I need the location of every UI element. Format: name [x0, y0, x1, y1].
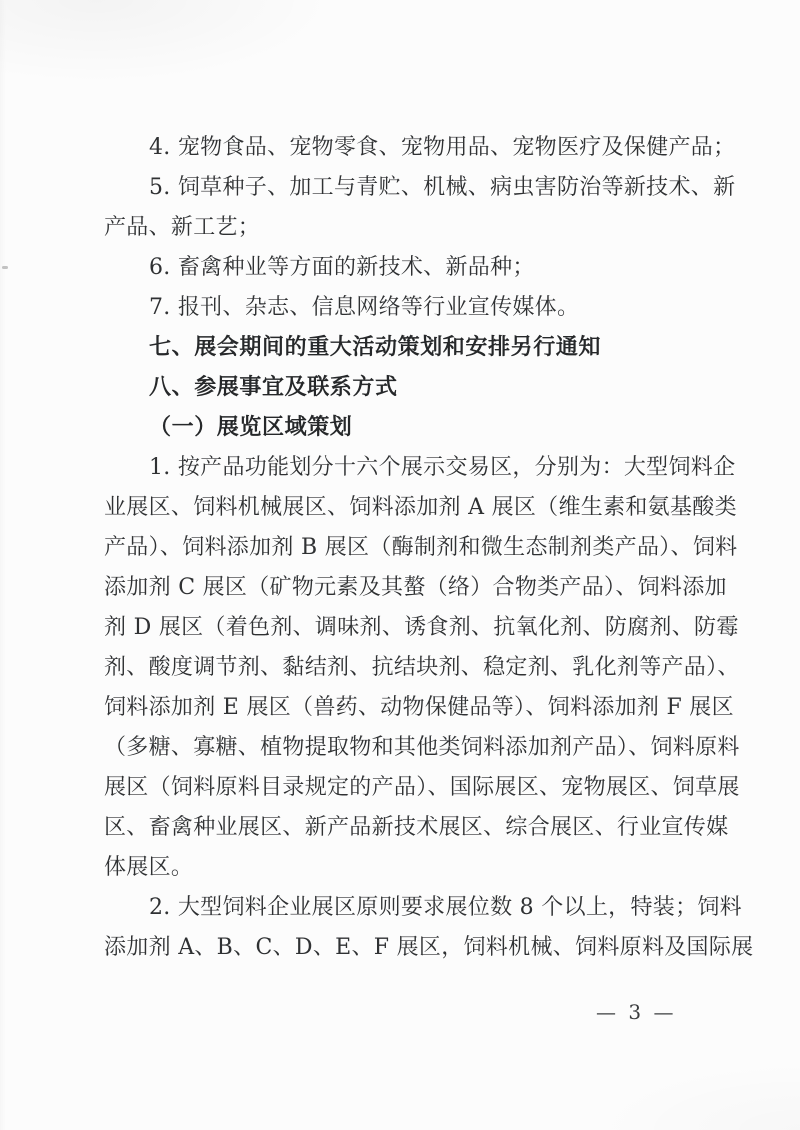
- text-line: 添加剂 A、B、C、D、E、F 展区，饲料机械、饲料原料及国际展: [104, 928, 704, 968]
- document-page: 4. 宠物食品、宠物零食、宠物用品、宠物医疗及保健产品；5. 饲草种子、加工与青…: [0, 0, 800, 1130]
- text-line: 1. 按产品功能划分十六个展示交易区，分别为：大型饲料企: [104, 448, 704, 488]
- heading-line: 八、参展事宜及联系方式: [104, 368, 704, 408]
- text-line: 体展区。: [104, 848, 704, 888]
- document-body: 4. 宠物食品、宠物零食、宠物用品、宠物医疗及保健产品；5. 饲草种子、加工与青…: [104, 128, 704, 968]
- text-line: 产品）、饲料添加剂 B 展区（酶制剂和微生态制剂类产品）、饲料: [104, 528, 704, 568]
- text-line: 7. 报刊、杂志、信息网络等行业宣传媒体。: [104, 288, 704, 328]
- text-line: 6. 畜禽种业等方面的新技术、新品种；: [104, 248, 704, 288]
- heading-line: 七、展会期间的重大活动策划和安排另行通知: [104, 328, 704, 368]
- text-line: 2. 大型饲料企业展区原则要求展位数 8 个以上，特装；饲料: [104, 888, 704, 928]
- text-line: 业展区、饲料机械展区、饲料添加剂 A 展区（维生素和氨基酸类: [104, 488, 704, 528]
- text-line: 区、畜禽种业展区、新产品新技术展区、综合展区、行业宣传媒: [104, 808, 704, 848]
- page-number: — 3 —: [596, 1000, 676, 1024]
- text-line: 4. 宠物食品、宠物零食、宠物用品、宠物医疗及保健产品；: [104, 128, 704, 168]
- text-line: 饲料添加剂 E 展区（兽药、动物保健品等）、饲料添加剂 F 展区: [104, 688, 704, 728]
- text-line: 添加剂 C 展区（矿物元素及其螯（络）合物类产品）、饲料添加: [104, 568, 704, 608]
- text-line: 剂 D 展区（着色剂、调味剂、诱食剂、抗氧化剂、防腐剂、防霉: [104, 608, 704, 648]
- text-line: （多糖、寡糖、植物提取物和其他类饲料添加剂产品）、饲料原料: [104, 728, 704, 768]
- text-line: 剂、酸度调节剂、黏结剂、抗结块剂、稳定剂、乳化剂等产品）、: [104, 648, 704, 688]
- scan-speck: [2, 266, 8, 269]
- text-line: 产品、新工艺；: [104, 208, 704, 248]
- heading-line: （一）展览区域策划: [104, 408, 704, 448]
- text-line: 5. 饲草种子、加工与青贮、机械、病虫害防治等新技术、新: [104, 168, 704, 208]
- text-line: 展区（饲料原料目录规定的产品）、国际展区、宠物展区、饲草展: [104, 768, 704, 808]
